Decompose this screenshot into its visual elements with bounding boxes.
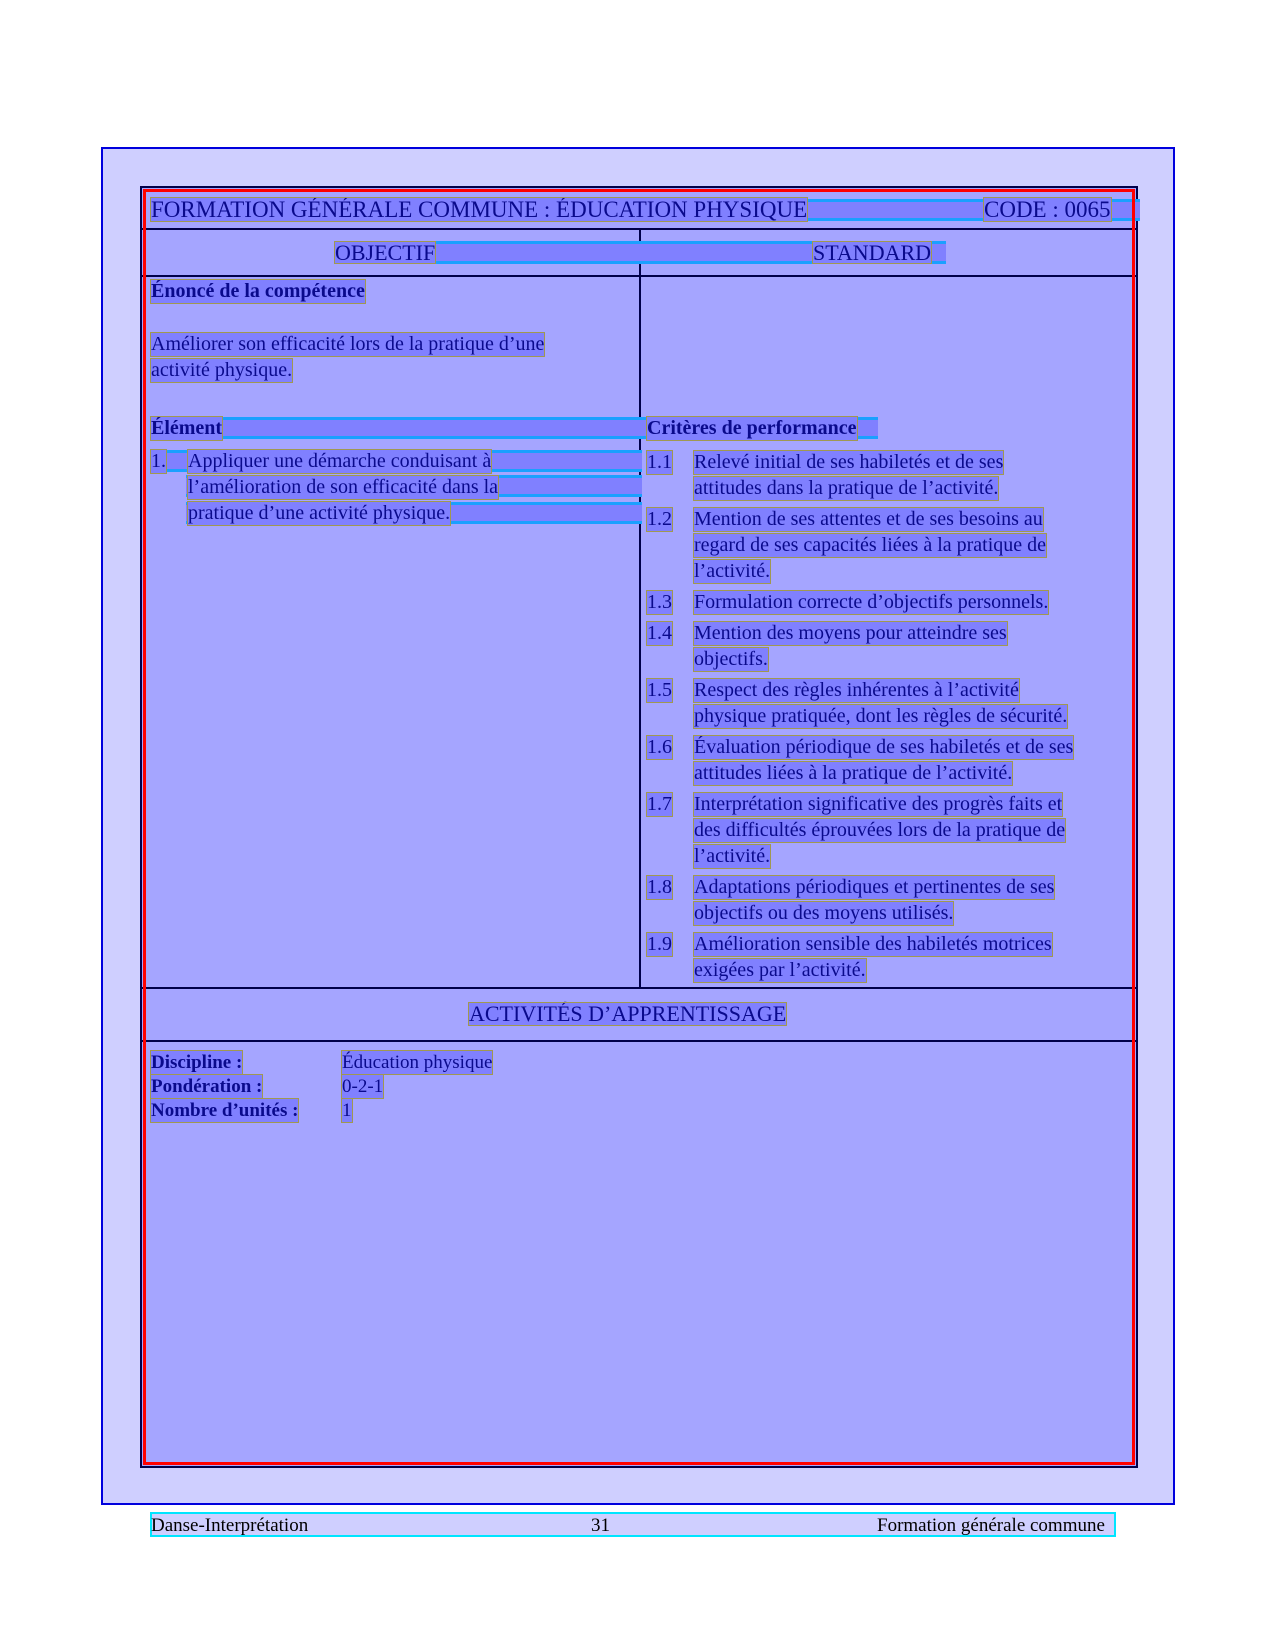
criterion-text: attitudes liées à la pratique de l’activ… [694, 762, 1012, 785]
field-value-ponderation: 0-2-1 [342, 1075, 383, 1098]
criterion-text: objectifs. [694, 648, 768, 671]
criterion-text: attitudes dans la pratique de l’activité… [694, 477, 998, 500]
criterion-text: exigées par l’activité. [694, 959, 866, 982]
criterion-number: 1.6 [647, 736, 672, 759]
competence-text: activité physique. [151, 359, 292, 382]
criterion-text: Mention des moyens pour atteindre ses [694, 622, 1007, 645]
element-text: pratique d’une activité physique. [188, 502, 450, 525]
field-label-ponderation: Pondération : [151, 1075, 262, 1098]
field-value-units: 1 [342, 1099, 352, 1122]
competence-heading: Énoncé de la compétence [151, 280, 365, 303]
field-value-discipline: Éducation physique [342, 1051, 492, 1074]
course-code: CODE : 0065 [984, 198, 1111, 221]
element-text: l’amélioration de son efficacité dans la [188, 476, 498, 499]
criterion-number: 1.8 [647, 876, 672, 899]
criterion-number: 1.2 [647, 508, 672, 531]
criterion-text: Interprétation significative des progrès… [694, 793, 1062, 816]
criterion-number: 1.7 [647, 793, 672, 816]
column-divider [639, 229, 641, 988]
row-divider [141, 1040, 1137, 1042]
criterion-number: 1.3 [647, 591, 672, 614]
element-text: Appliquer une démarche conduisant à [188, 450, 491, 473]
element-heading: Élément [151, 417, 222, 440]
field-label-discipline: Discipline : [151, 1051, 242, 1074]
criterion-text: regard de ses capacités liées à la prati… [694, 534, 1046, 557]
criterion-text: objectifs ou des moyens utilisés. [694, 902, 953, 925]
criterion-text: l’activité. [694, 560, 770, 583]
criterion-text: Relevé initial de ses habiletés et de se… [694, 451, 1003, 474]
criterion-text: des difficultés éprouvées lors de la pra… [694, 819, 1065, 842]
footer-section: Formation générale commune [877, 1515, 1105, 1537]
page-number: 31 [591, 1515, 610, 1537]
criterion-number: 1.4 [647, 622, 672, 645]
criterion-text: Respect des règles inhérentes à l’activi… [694, 679, 1019, 702]
criterion-text: physique pratiquée, dont les règles de s… [694, 705, 1067, 728]
field-label-units: Nombre d’unités : [151, 1099, 298, 1122]
criterion-text: Adaptations périodiques et pertinentes d… [694, 876, 1054, 899]
criterion-text: Évaluation périodique de ses habiletés e… [694, 736, 1073, 759]
column-header-objectif: OBJECTIF [335, 242, 435, 263]
criterion-text: l’activité. [694, 845, 770, 868]
footer-program: Danse-Interprétation [151, 1515, 308, 1537]
competence-text: Améliorer son efficacité lors de la prat… [151, 333, 544, 356]
criterion-text: Amélioration sensible des habiletés motr… [694, 933, 1052, 956]
criterion-text: Mention de ses attentes et de ses besoin… [694, 508, 1043, 531]
criterion-number: 1.9 [647, 933, 672, 956]
criterion-number: 1.1 [647, 451, 672, 474]
element-number: 1. [151, 450, 166, 473]
criterion-number: 1.5 [647, 679, 672, 702]
table-title: FORMATION GÉNÉRALE COMMUNE : ÉDUCATION P… [151, 198, 807, 221]
activities-heading: ACTIVITÉS D’APPRENTISSAGE [469, 1003, 786, 1025]
criteria-heading: Critères de performance [647, 417, 857, 440]
criterion-text: Formulation correcte d’objectifs personn… [694, 591, 1048, 614]
column-header-standard: STANDARD [813, 242, 931, 263]
